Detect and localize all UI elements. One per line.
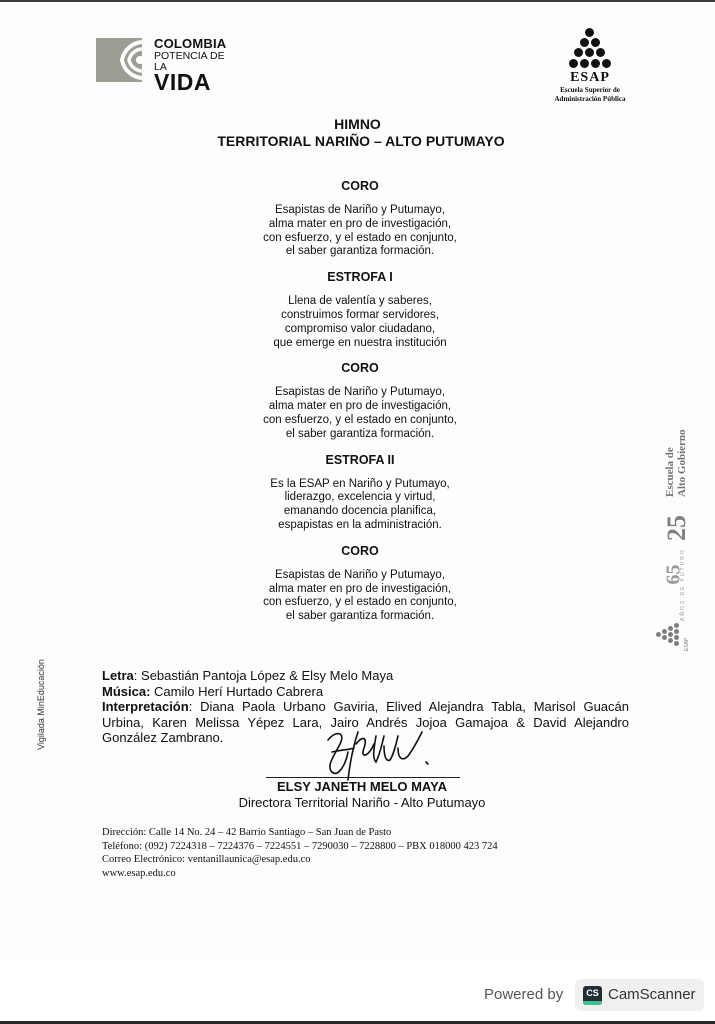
- contact-address: Dirección: Calle 14 No. 24 – 42 Barrio S…: [102, 826, 498, 840]
- esap-logo: ESAP Escuela Superior de Administración …: [545, 28, 635, 106]
- colombia-waves-icon: [96, 38, 142, 82]
- verse-line: con esfuerzo, y el estado en conjunto,: [180, 232, 540, 246]
- credit-value: : Sebastián Pantoja López & Elsy Melo Ma…: [134, 668, 393, 683]
- escuela-alto-gobierno-text: Escuela de Alto Gobierno: [664, 429, 688, 497]
- camscanner-badge[interactable]: CS CamScanner: [575, 979, 704, 1011]
- document-title: HIMNO: [0, 116, 715, 132]
- side-brand-strip: Escuela de Alto Gobierno 25 65 AÑOS DE F…: [650, 385, 710, 655]
- section-heading: CORO: [180, 542, 540, 561]
- verse: Es la ESAP en Nariño y Putumayo,liderazg…: [180, 478, 540, 533]
- verse-line: el saber garantiza formación.: [180, 428, 540, 442]
- verse-line: compromiso valor ciudadano,: [180, 323, 540, 337]
- verse-line: emanando docencia planifica,: [180, 505, 540, 519]
- verse: Llena de valentía y saberes,construimos …: [180, 295, 540, 350]
- esap-acronym: ESAP: [545, 70, 635, 86]
- contact-email: Correo Electrónico: ventanillaunica@esap…: [102, 853, 498, 867]
- contact-phone: Teléfono: (092) 7224318 – 7224376 – 7224…: [102, 840, 498, 854]
- signer-name: ELSY JANETH MELO MAYA: [0, 779, 715, 794]
- credit-value: Camilo Herí Hurtado Cabrera: [150, 684, 323, 699]
- camscanner-label: CamScanner: [608, 986, 696, 1003]
- esap-subtitle-2: Administración Pública: [545, 95, 635, 104]
- contact-website: www.esap.edu.co: [102, 867, 498, 881]
- contact-footer: Dirección: Calle 14 No. 24 – 42 Barrio S…: [102, 826, 498, 880]
- verse-line: Esapistas de Nariño y Putumayo,: [180, 386, 540, 400]
- verse-line: Esapistas de Nariño y Putumayo,: [180, 569, 540, 583]
- credit-label: Interpretación: [102, 699, 189, 714]
- credit-label: Música:: [102, 684, 150, 699]
- verse: Esapistas de Nariño y Putumayo,alma mate…: [180, 386, 540, 441]
- verse: Esapistas de Nariño y Putumayo,alma mate…: [180, 569, 540, 624]
- signature-line: [266, 777, 460, 778]
- section-heading: CORO: [180, 359, 540, 378]
- section-heading: ESTROFA I: [180, 268, 540, 287]
- hymn-body: COROEsapistas de Nariño y Putumayo,alma …: [180, 177, 540, 633]
- esap-dots-icon: [560, 28, 620, 72]
- verse-line: construimos formar servidores,: [180, 309, 540, 323]
- vigilada-mineducacion-label: Vigilada MinEducación: [36, 659, 46, 750]
- verse-line: con esfuerzo, y el estado en conjunto,: [180, 596, 540, 610]
- 25-years-mark: 25: [662, 515, 692, 541]
- section-heading: ESTROFA II: [180, 451, 540, 470]
- esap-small-dots-icon: [654, 620, 684, 650]
- verse-line: que emerge en nuestra institución: [180, 337, 540, 351]
- credit-musica: Música: Camilo Herí Hurtado Cabrera: [102, 684, 629, 700]
- anos-de-futuro-text: AÑOS DE FUTURO: [680, 548, 686, 621]
- handwritten-signature: [318, 722, 468, 784]
- credit-letra: Letra: Sebastián Pantoja López & Elsy Me…: [102, 668, 629, 684]
- verse-line: alma mater en pro de investigación,: [180, 583, 540, 597]
- verse-line: con esfuerzo, y el estado en conjunto,: [180, 414, 540, 428]
- verse-line: liderazgo, excelencia y virtud,: [180, 491, 540, 505]
- section-heading: CORO: [180, 177, 540, 196]
- esap-subtitle-1: Escuela Superior de: [545, 86, 635, 95]
- logo-text-vida: VIDA: [154, 71, 236, 94]
- verse-line: el saber garantiza formación.: [180, 245, 540, 259]
- camscanner-icon: CS: [583, 986, 602, 1005]
- verse-line: Llena de valentía y saberes,: [180, 295, 540, 309]
- signer-role: Directora Territorial Nariño - Alto Putu…: [0, 795, 715, 810]
- verse-line: alma mater en pro de investigación,: [180, 218, 540, 232]
- verse-line: Esapistas de Nariño y Putumayo,: [180, 204, 540, 218]
- verse-line: alma mater en pro de investigación,: [180, 400, 540, 414]
- credit-label: Letra: [102, 668, 134, 683]
- brand-line-1: Escuela de: [664, 429, 676, 497]
- colombia-potencia-de-la-vida-logo: COLOMBIA POTENCIA DE LA VIDA: [96, 37, 236, 85]
- document-subtitle: TERRITORIAL NARIÑO – ALTO PUTUMAYO: [0, 133, 715, 149]
- logo-text-colombia: COLOMBIA: [154, 37, 236, 50]
- verse: Esapistas de Nariño y Putumayo,alma mate…: [180, 204, 540, 259]
- verse-line: espapistas en la administración.: [180, 519, 540, 533]
- verse-line: el saber garantiza formación.: [180, 610, 540, 624]
- powered-by-label: Powered by: [484, 986, 563, 1003]
- brand-line-2: Alto Gobierno: [676, 429, 688, 497]
- side-esap-label: ESAP: [684, 638, 690, 651]
- verse-line: Es la ESAP en Nariño y Putumayo,: [180, 478, 540, 492]
